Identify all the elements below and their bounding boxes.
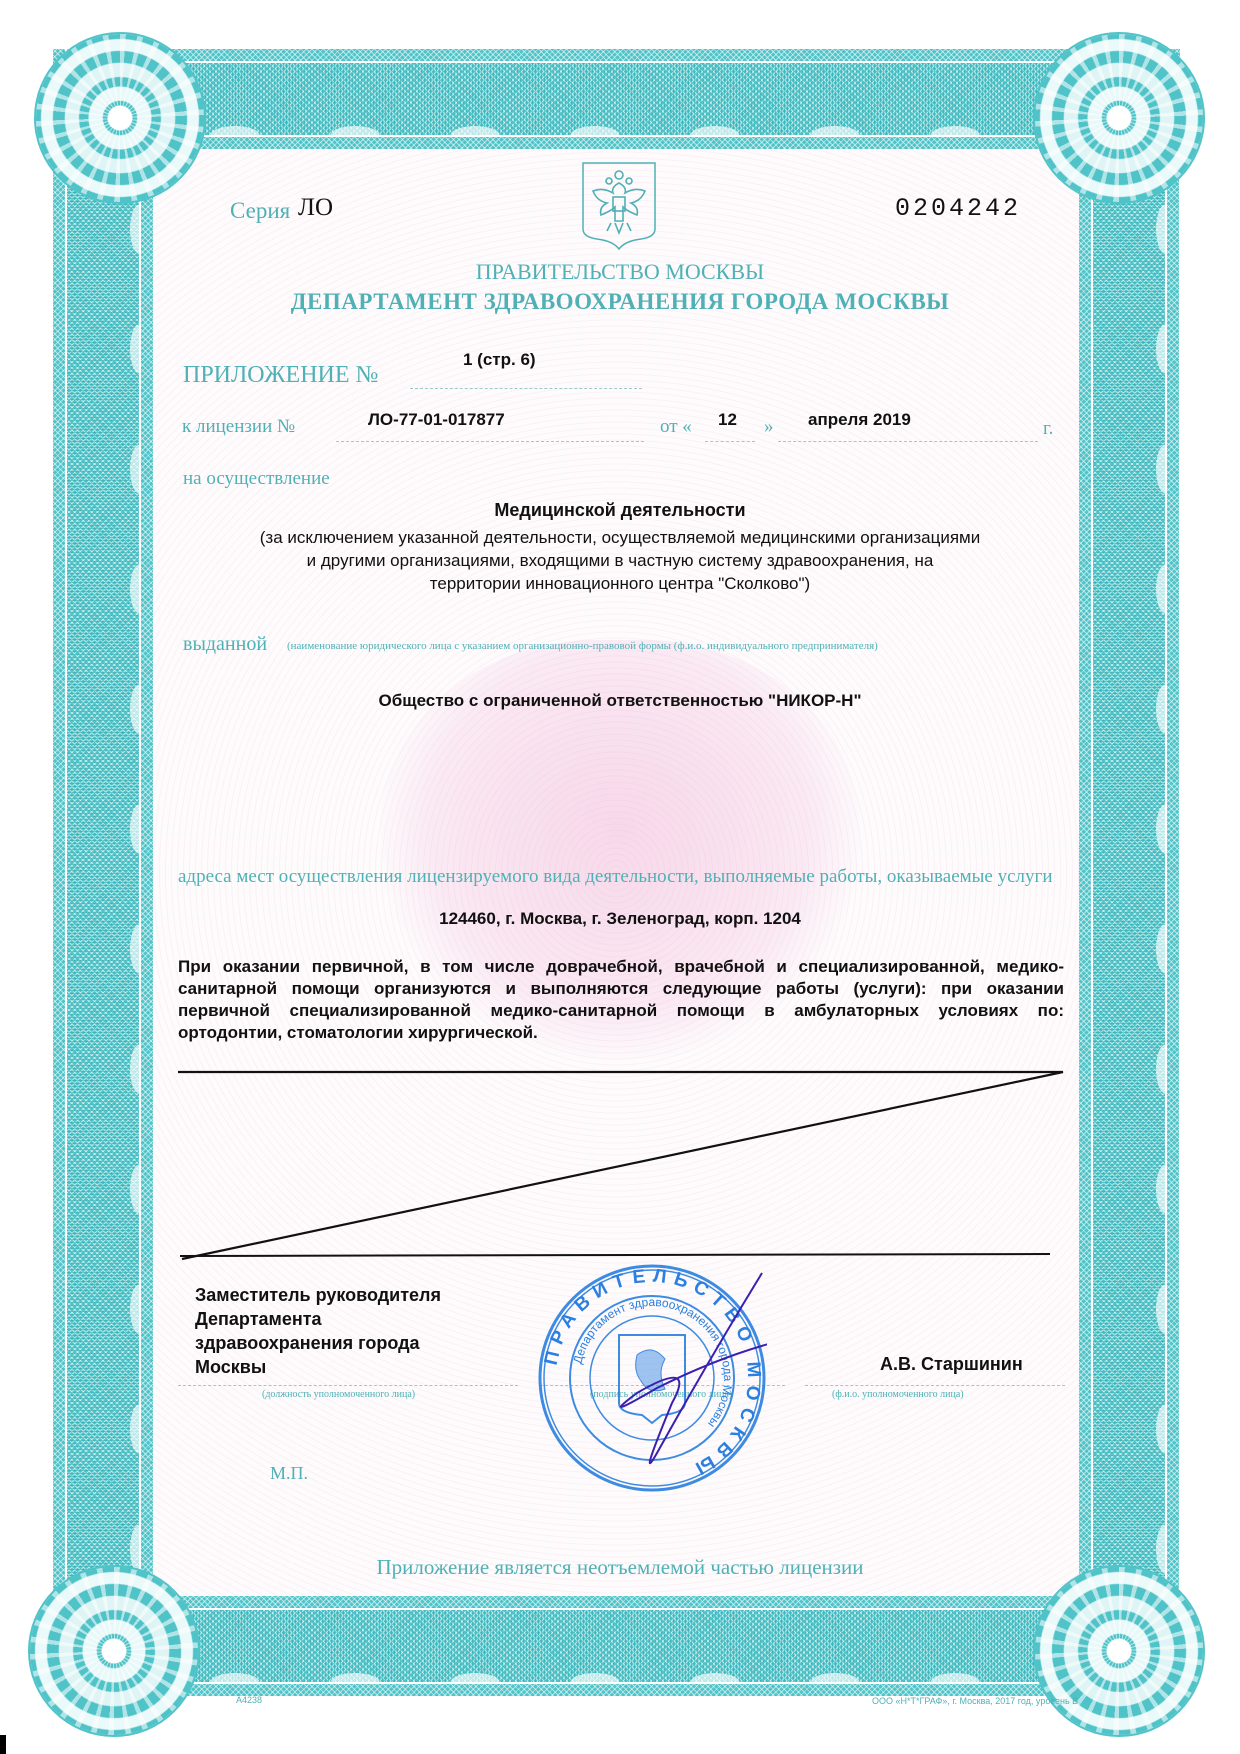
form-code: А4238 [236, 1695, 262, 1705]
position-underline [178, 1385, 518, 1386]
printer-info: ООО «Н*Т*ГРАФ», г. Москва, 2017 год, уро… [872, 1696, 1078, 1706]
scan-mark [0, 1735, 6, 1754]
seal-label: М.П. [270, 1463, 308, 1484]
signatory-name: А.В. Старшинин [880, 1354, 1023, 1375]
signatory-position: Заместитель руководителя Департамента зд… [195, 1283, 441, 1379]
footer-note: Приложение является неотъемлемой частью … [0, 1555, 1240, 1580]
name-underline [805, 1385, 1065, 1386]
position-hint: (должность уполномоченного лица) [262, 1389, 415, 1400]
official-stamp-icon: ПРАВИТЕЛЬСТВО МОСКВЫ Департамент здравоо… [537, 1263, 767, 1493]
signatory-position-line: Москвы [195, 1355, 441, 1379]
signatory-position-line: здравоохранения города [195, 1331, 441, 1355]
signatory-position-line: Заместитель руководителя [195, 1283, 441, 1307]
signatory-position-line: Департамента [195, 1307, 441, 1331]
name-hint: (ф.и.о. уполномоченного лица) [832, 1389, 964, 1400]
